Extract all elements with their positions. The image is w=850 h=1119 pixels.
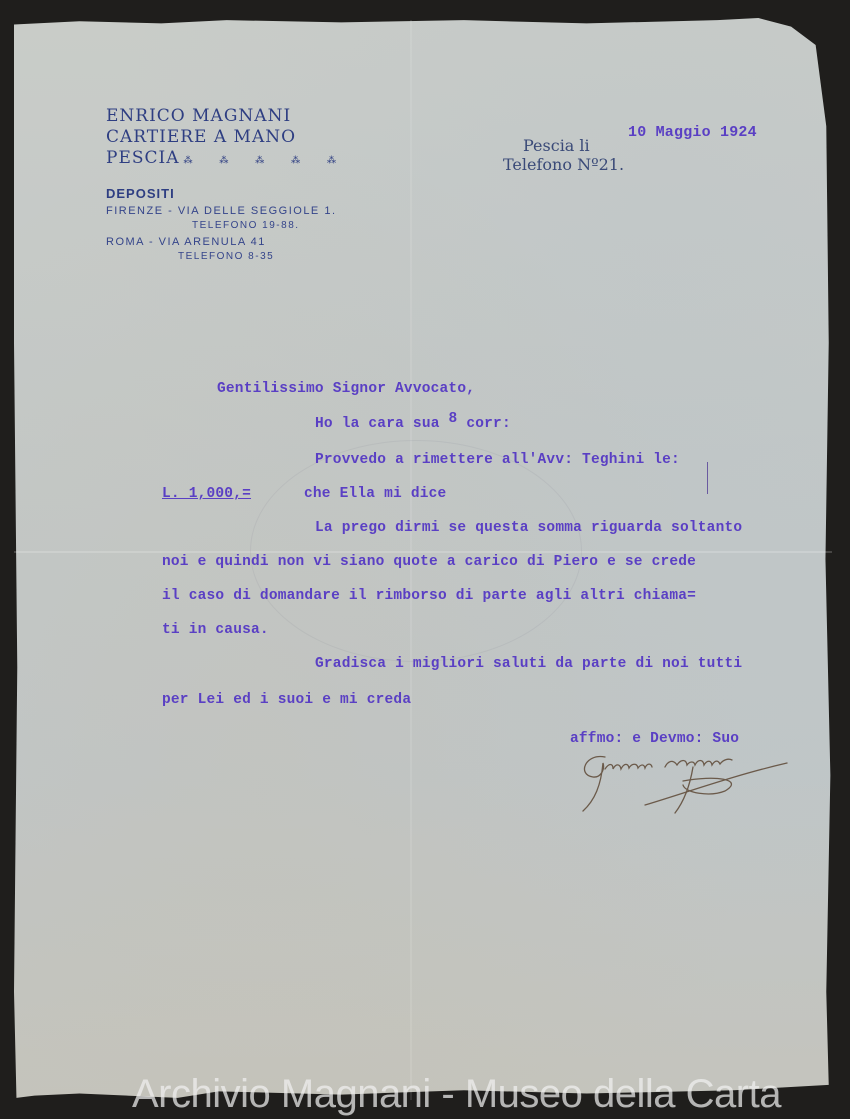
salutation: Gentilissimo Signor Avvocato, <box>217 381 475 397</box>
letter-line: Ho la cara sua 8 corr: <box>315 416 511 432</box>
signature-icon <box>575 745 795 820</box>
depositi-roma-phone: TELEFONO 8-35 <box>178 251 274 262</box>
ink-mark <box>707 462 708 494</box>
letter-line: per Lei ed i suoi e mi creda <box>162 692 411 708</box>
depositi-label: DEPOSITI <box>106 186 175 201</box>
depositi-firenze-phone: TELEFONO 19-88. <box>192 220 300 231</box>
letter-line: che Ella mi dice <box>304 486 446 502</box>
archive-watermark: Archivio Magnani - Museo della Carta <box>132 1072 850 1117</box>
company-description: CARTIERE A MANO <box>106 127 348 148</box>
paper-watermark-seal <box>250 440 582 662</box>
depositi-firenze-address: FIRENZE - VIA DELLE SEGGIOLE 1. <box>106 205 337 217</box>
letter-line: ti in causa. <box>162 622 269 638</box>
letter-line: il caso di domandare il rimborso di part… <box>162 588 696 604</box>
place-label: Pescia li <box>523 136 590 155</box>
ornament-icon: ⁂ ⁂ ⁂ ⁂ ⁂ <box>184 156 348 166</box>
letter-line: La prego dirmi se questa somma riguarda … <box>315 520 742 536</box>
letterhead-company: ENRICO MAGNANI CARTIERE A MANO PESCIA⁂ ⁂… <box>106 106 348 172</box>
company-name: ENRICO MAGNANI <box>106 106 348 127</box>
telephone-number: Telefono Nº21. <box>503 155 624 174</box>
letter-line: noi e quindi non vi siano quote a carico… <box>162 554 696 570</box>
company-location: PESCIA⁂ ⁂ ⁂ ⁂ ⁂ <box>106 148 348 172</box>
depositi-roma-address: ROMA - VIA ARENULA 41 <box>106 236 266 248</box>
letter-line: Gradisca i migliori saluti da parte di n… <box>315 656 742 672</box>
letter-date: 10 Maggio 1924 <box>628 124 757 141</box>
letter-line: Provvedo a rimettere all'Avv: Teghini le… <box>315 452 680 468</box>
amount: L. 1,000,= <box>162 486 251 502</box>
